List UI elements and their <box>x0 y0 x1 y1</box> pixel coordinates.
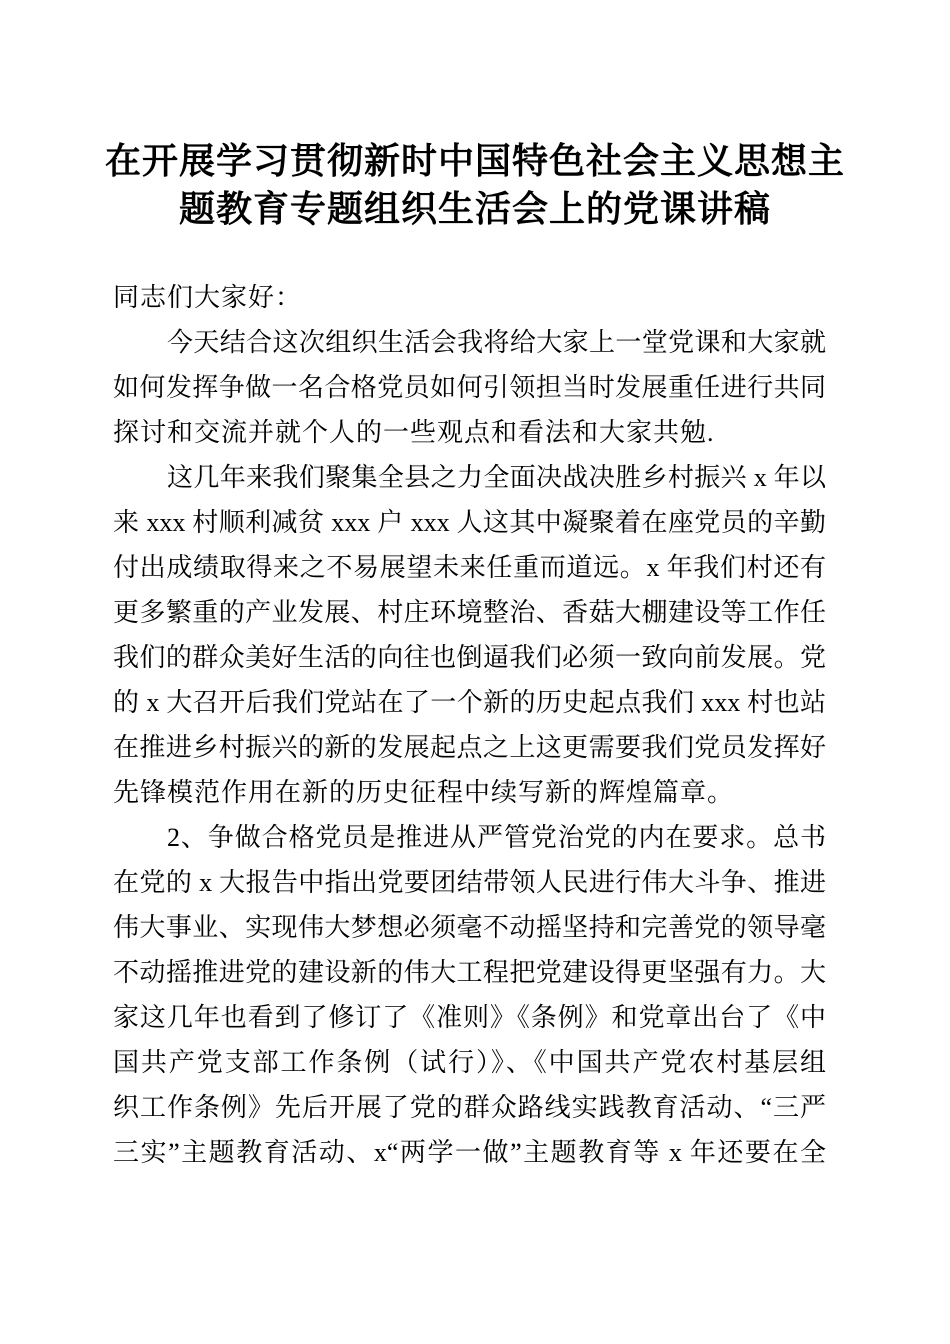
paragraph: 2、争做合格党员是推进从严管党治党的内在要求。总书记在党的 x 大报告中指出党要… <box>113 815 826 1175</box>
paragraph: 同志们大家好： <box>113 275 826 320</box>
body-line: 我们的群众美好生活的向往也倒逼我们必须一致向前发展。党 <box>113 635 826 680</box>
body-line: 如何发挥争做一名合格党员如何引领担当时发展重任进行共同 <box>113 365 826 410</box>
body-line: 今天结合这次组织生活会我将给大家上一堂党课和大家就 <box>113 320 826 365</box>
body-line: 伟大事业、实现伟大梦想必须毫不动摇坚持和完善党的领导毫 <box>113 905 826 950</box>
body-line: 家这几年也看到了修订了《准则》《条例》和党章出台了《中 <box>113 995 826 1040</box>
document-title-line-1: 在开展学习贯彻新时中国特色社会主义思想主 <box>0 137 950 185</box>
body-line: 来 xxx 村顺利减贫 xxx 户 xxx 人这其中凝聚着在座党员的辛勤 <box>113 500 826 545</box>
body-line: 三实”主题教育活动、x“两学一做”主题教育等 x 年还要在全 <box>113 1130 826 1175</box>
body-line: 在党的 x 大报告中指出党要团结带领人民进行伟大斗争、推进 <box>113 860 826 905</box>
document-body: 同志们大家好：今天结合这次组织生活会我将给大家上一堂党课和大家就如何发挥争做一名… <box>113 275 826 1175</box>
document-title-line-2: 题教育专题组织生活会上的党课讲稿 <box>0 185 950 233</box>
body-line: 2、争做合格党员是推进从严管党治党的内在要求。总书记 <box>113 815 826 860</box>
body-line: 在推进乡村振兴的新的发展起点之上这更需要我们党员发挥好 <box>113 725 826 770</box>
body-line: 织工作条例》先后开展了党的群众路线实践教育活动、“三严 <box>113 1085 826 1130</box>
body-line: 更多繁重的产业发展、村庄环境整治、香菇大棚建设等工作任 <box>113 590 826 635</box>
document-page: 在开展学习贯彻新时中国特色社会主义思想主 题教育专题组织生活会上的党课讲稿 同志… <box>0 0 950 1344</box>
body-line: 不动摇推进党的建设新的伟大工程把党建设得更坚强有力。大 <box>113 950 826 995</box>
body-line: 先锋模范作用在新的历史征程中续写新的辉煌篇章。 <box>113 770 826 815</box>
paragraph: 这几年来我们聚集全县之力全面决战决胜乡村振兴 x 年以来 xxx 村顺利减贫 x… <box>113 455 826 815</box>
body-line: 的 x 大召开后我们党站在了一个新的历史起点我们 xxx 村也站 <box>113 680 826 725</box>
body-line: 国共产党支部工作条例（试行）》、《中国共产党农村基层组 <box>113 1040 826 1085</box>
body-line: 探讨和交流并就个人的一些观点和看法和大家共勉. <box>113 410 826 455</box>
body-line: 付出成绩取得来之不易展望未来任重而道远。x 年我们村还有 <box>113 545 826 590</box>
paragraph: 今天结合这次组织生活会我将给大家上一堂党课和大家就如何发挥争做一名合格党员如何引… <box>113 320 826 455</box>
body-line: 这几年来我们聚集全县之力全面决战决胜乡村振兴 x 年以 <box>113 455 826 500</box>
body-line: 同志们大家好： <box>113 275 826 320</box>
document-title: 在开展学习贯彻新时中国特色社会主义思想主 题教育专题组织生活会上的党课讲稿 <box>0 0 950 233</box>
